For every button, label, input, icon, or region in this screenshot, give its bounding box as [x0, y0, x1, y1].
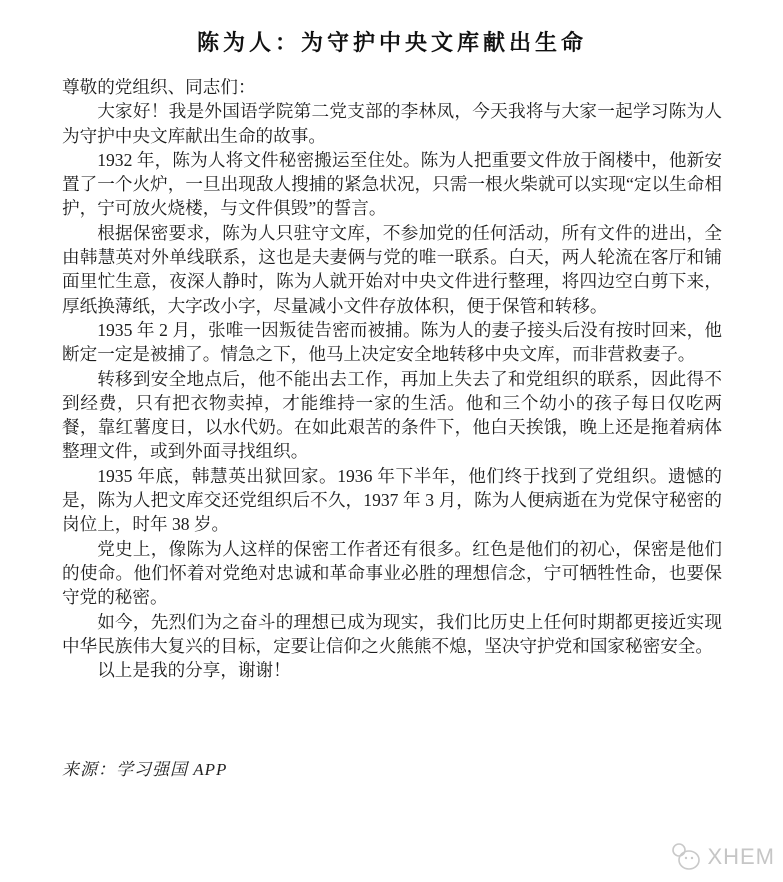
- body-paragraph-5: 转移到安全地点后，他不能出去工作，再加上失去了和党组织的联系，因此得不到经费，只…: [62, 367, 722, 464]
- body-paragraph-8: 如今，先烈们为之奋斗的理想已成为现实，我们比历史上任何时期都更接近实现中华民族伟…: [62, 610, 722, 659]
- source-line: 来源：学习强国 APP: [62, 755, 722, 780]
- salutation-line: 尊敬的党组织、同志们：: [62, 75, 722, 99]
- body-paragraph-2: 1932 年，陈为人将文件秘密搬运至住处。陈为人把重要文件放于阁楼中，他新安置了…: [62, 148, 722, 221]
- body-paragraph-7: 党史上，像陈为人这样的保密工作者还有很多。红色是他们的初心，保密是他们的使命。他…: [62, 537, 722, 610]
- body-paragraph-9: 以上是我的分享，谢谢！: [62, 658, 722, 682]
- document-title: 陈为人：为守护中央文库献出生命: [62, 30, 722, 56]
- body-paragraph-3: 根据保密要求，陈为人只驻守文库，不参加党的任何活动，所有文件的进出，全由韩慧英对…: [62, 221, 722, 318]
- animal-face-logo-icon: [670, 842, 702, 872]
- body-paragraph-1: 大家好！我是外国语学院第二党支部的李林凤，今天我将与大家一起学习陈为人为守护中央…: [62, 99, 722, 148]
- watermark-text: XHEM: [707, 844, 775, 870]
- watermark: XHEM: [670, 842, 775, 872]
- document-page: 陈为人：为守护中央文库献出生命 尊敬的党组织、同志们： 大家好！我是外国语学院第…: [0, 0, 783, 882]
- document-body: 尊敬的党组织、同志们： 大家好！我是外国语学院第二党支部的李林凤，今天我将与大家…: [62, 75, 722, 682]
- body-paragraph-4: 1935 年 2 月，张唯一因叛徒告密而被捕。陈为人的妻子接头后没有按时回来，他…: [62, 318, 722, 367]
- body-paragraph-6: 1935 年底，韩慧英出狱回家。1936 年下半年，他们终于找到了党组织。遗憾的…: [62, 464, 722, 537]
